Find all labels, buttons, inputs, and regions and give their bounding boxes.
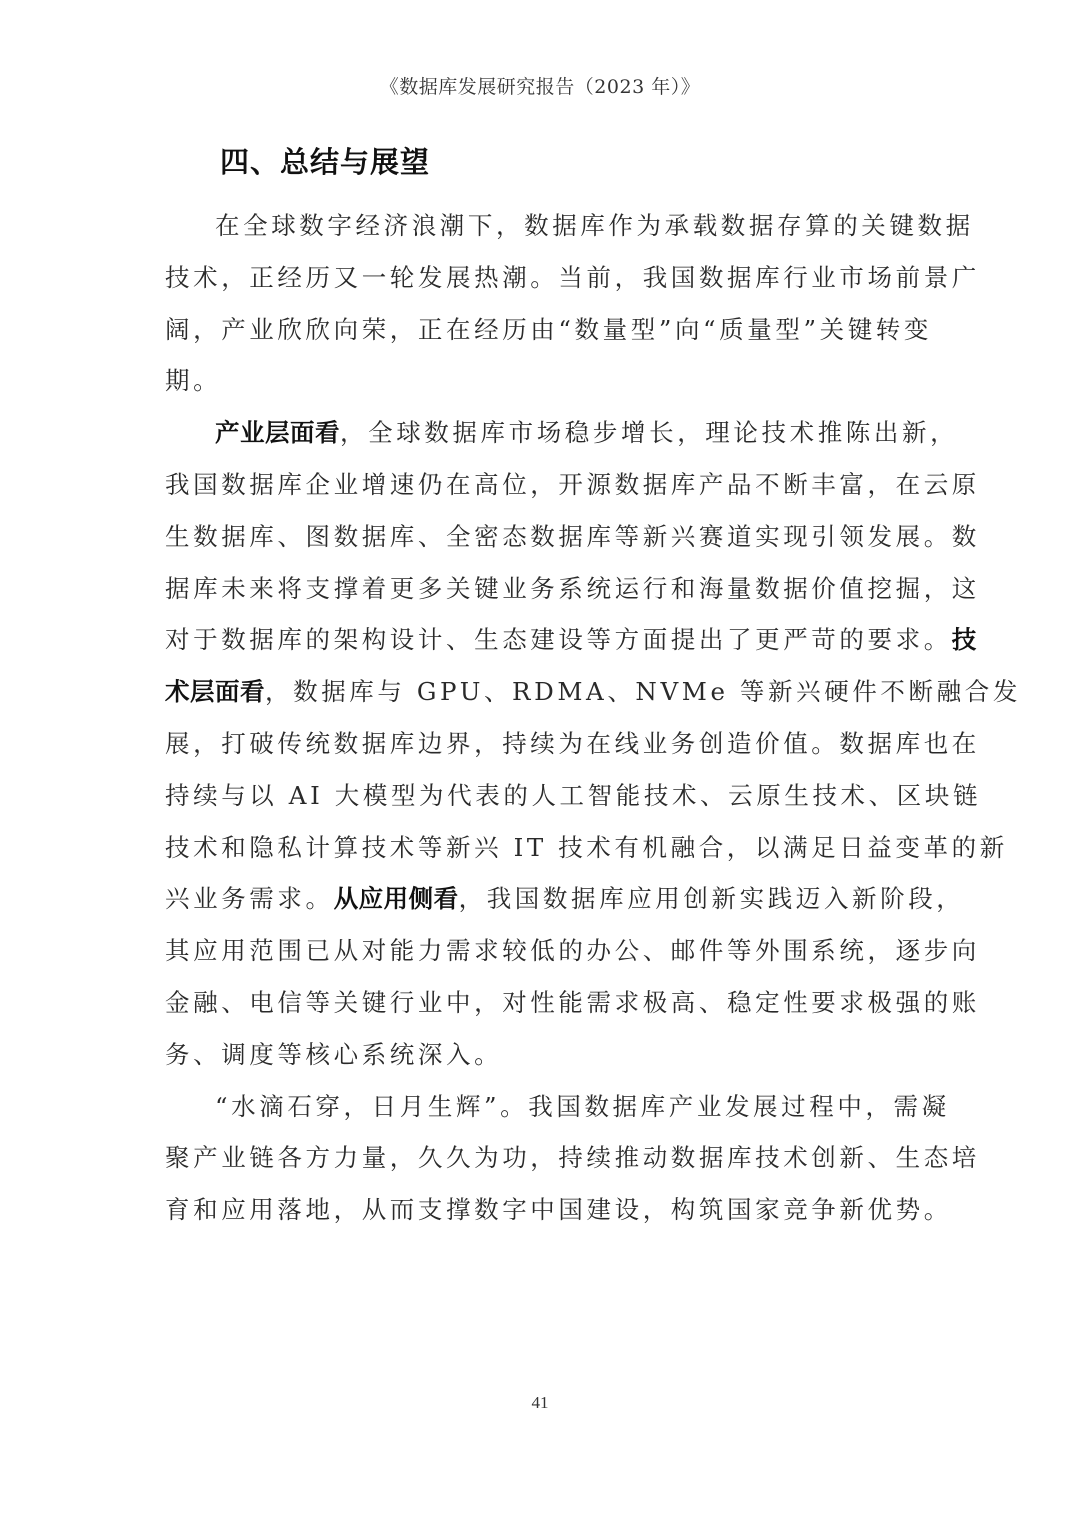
paragraph-intro: 在全球数字经济浪潮下，数据库作为承载数据存算的关键数据 技术，正经历又一轮发展热… — [165, 200, 905, 407]
text-line: 聚产业链各方力量，久久为功，持续推动数据库技术创新、生态培 — [165, 1132, 905, 1184]
line-text: 兴业务需求。 — [165, 884, 334, 913]
document-body: 在全球数字经济浪潮下，数据库作为承载数据存算的关键数据 技术，正经历又一轮发展热… — [165, 200, 905, 1236]
section-title: 四、总结与展望 — [220, 140, 430, 181]
text-line: 产业层面看，全球数据库市场稳步增长，理论技术推陈出新， — [165, 407, 905, 459]
text-line: 金融、电信等关键行业中，对性能需求极高、稳定性要求极强的账 — [165, 977, 905, 1029]
line-text: 对于数据库的架构设计、生态建设等方面提出了更严苛的要求。 — [165, 625, 952, 654]
text-line: “水滴石穿，日月生辉”。我国数据库产业发展过程中，需凝 — [165, 1081, 905, 1133]
emphasis-tech-start: 技 — [952, 625, 977, 654]
text-line: 据库未来将支撑着更多关键业务系统运行和海量数据价值挖掘，这 — [165, 563, 905, 615]
text-line: 技术和隐私计算技术等新兴 IT 技术有机融合，以满足日益变革的新 — [165, 822, 905, 874]
line-text: ，数据库与 GPU、RDMA、NVMe 等新兴硬件不断融合发 — [265, 677, 1021, 706]
text-line: 其应用范围已从对能力需求较低的办公、邮件等外围系统，逐步向 — [165, 925, 905, 977]
line-text: ，我国数据库应用创新实践迈入新阶段， — [459, 884, 965, 913]
paragraph-outlook: “水滴石穿，日月生辉”。我国数据库产业发展过程中，需凝 聚产业链各方力量，久久为… — [165, 1081, 905, 1236]
text-line: 期。 — [165, 355, 905, 407]
text-line: 术层面看，数据库与 GPU、RDMA、NVMe 等新兴硬件不断融合发 — [165, 666, 905, 718]
text-line: 技术，正经历又一轮发展热潮。当前，我国数据库行业市场前景广 — [165, 252, 905, 304]
text-line: 兴业务需求。从应用侧看，我国数据库应用创新实践迈入新阶段， — [165, 873, 905, 925]
text-line: 生数据库、图数据库、全密态数据库等新兴赛道实现引领发展。数 — [165, 511, 905, 563]
text-line: 务、调度等核心系统深入。 — [165, 1029, 905, 1081]
line-text: ，全球数据库市场稳步增长，理论技术推陈出新， — [340, 418, 958, 447]
running-header: 《数据库发展研究报告（2023 年）》 — [0, 72, 1080, 99]
paragraph-perspectives: 产业层面看，全球数据库市场稳步增长，理论技术推陈出新， 我国数据库企业增速仍在高… — [165, 407, 905, 1080]
page-number: 41 — [0, 1393, 1080, 1413]
text-line: 育和应用落地，从而支撑数字中国建设，构筑国家竞争新优势。 — [165, 1184, 905, 1236]
text-line: 在全球数字经济浪潮下，数据库作为承载数据存算的关键数据 — [165, 200, 905, 252]
emphasis-industry: 产业层面看 — [215, 418, 340, 447]
emphasis-application: 从应用侧看 — [334, 884, 459, 913]
text-line: 持续与以 AI 大模型为代表的人工智能技术、云原生技术、区块链 — [165, 770, 905, 822]
emphasis-tech: 术层面看 — [165, 677, 265, 706]
text-line: 阔，产业欣欣向荣，正在经历由“数量型”向“质量型”关键转变 — [165, 304, 905, 356]
text-line: 我国数据库企业增速仍在高位，开源数据库产品不断丰富，在云原 — [165, 459, 905, 511]
text-line: 对于数据库的架构设计、生态建设等方面提出了更严苛的要求。技 — [165, 614, 905, 666]
text-line: 展，打破传统数据库边界，持续为在线业务创造价值。数据库也在 — [165, 718, 905, 770]
